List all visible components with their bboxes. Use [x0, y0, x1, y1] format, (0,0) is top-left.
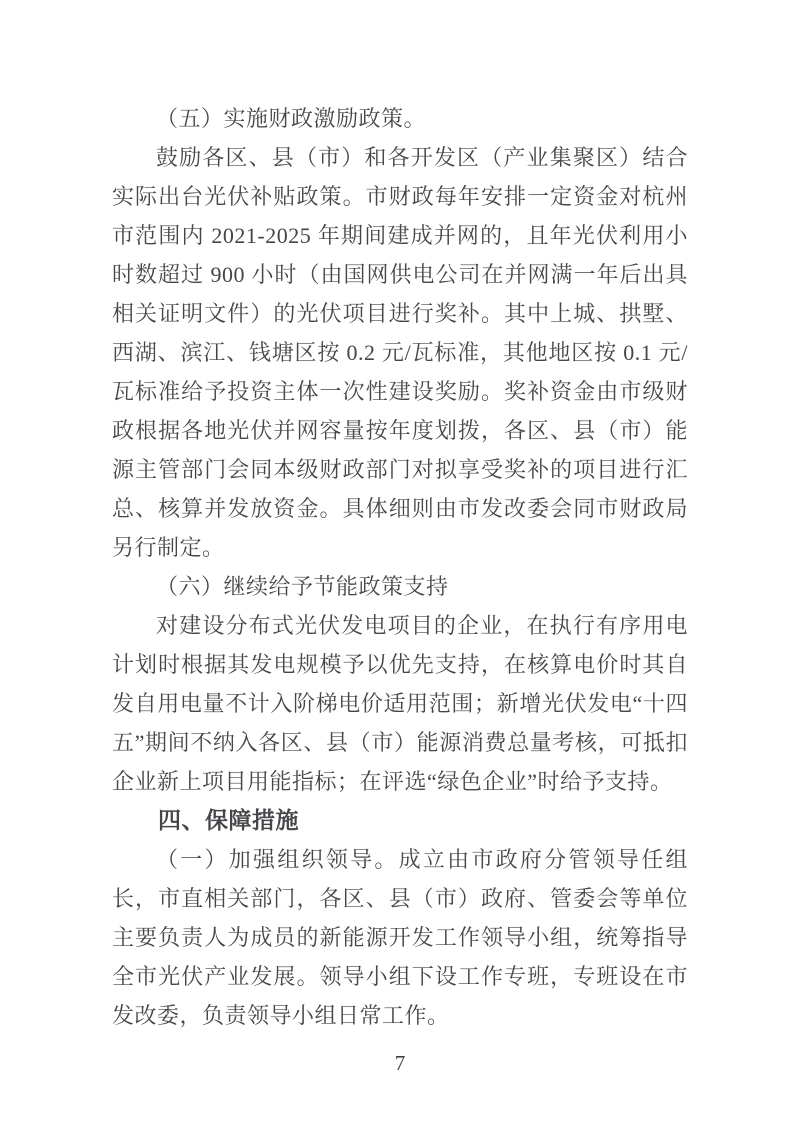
section-heading-five: （五）实施财政激励政策。 — [112, 99, 688, 138]
paragraph-organization-text: 成立由市政府分管领导任组长，市直相关部门，各区、县（市）政府、管委会等单位主要负… — [112, 847, 688, 1028]
document-body: （五）实施财政激励政策。 鼓励各区、县（市）和各开发区（产业集聚区）结合实际出台… — [112, 99, 688, 1035]
document-page: （五）实施财政激励政策。 鼓励各区、县（市）和各开发区（产业集聚区）结合实际出台… — [0, 0, 800, 1131]
subheading-one-lead: （一）加强组织领导。 — [156, 847, 399, 872]
page-number: 7 — [0, 1048, 800, 1078]
paragraph-energy-policy: 对建设分布式光伏发电项目的企业，在执行有序用电计划时根据其发电规模予以优先支持，… — [112, 606, 688, 801]
paragraph-organization: （一）加强组织领导。成立由市政府分管领导任组长，市直相关部门，各区、县（市）政府… — [112, 840, 688, 1035]
section-heading-four-safeguards: 四、保障措施 — [112, 801, 688, 840]
paragraph-fiscal-incentive: 鼓励各区、县（市）和各开发区（产业集聚区）结合实际出台光伏补贴政策。市财政每年安… — [112, 138, 688, 567]
section-heading-six: （六）继续给予节能政策支持 — [112, 567, 688, 606]
